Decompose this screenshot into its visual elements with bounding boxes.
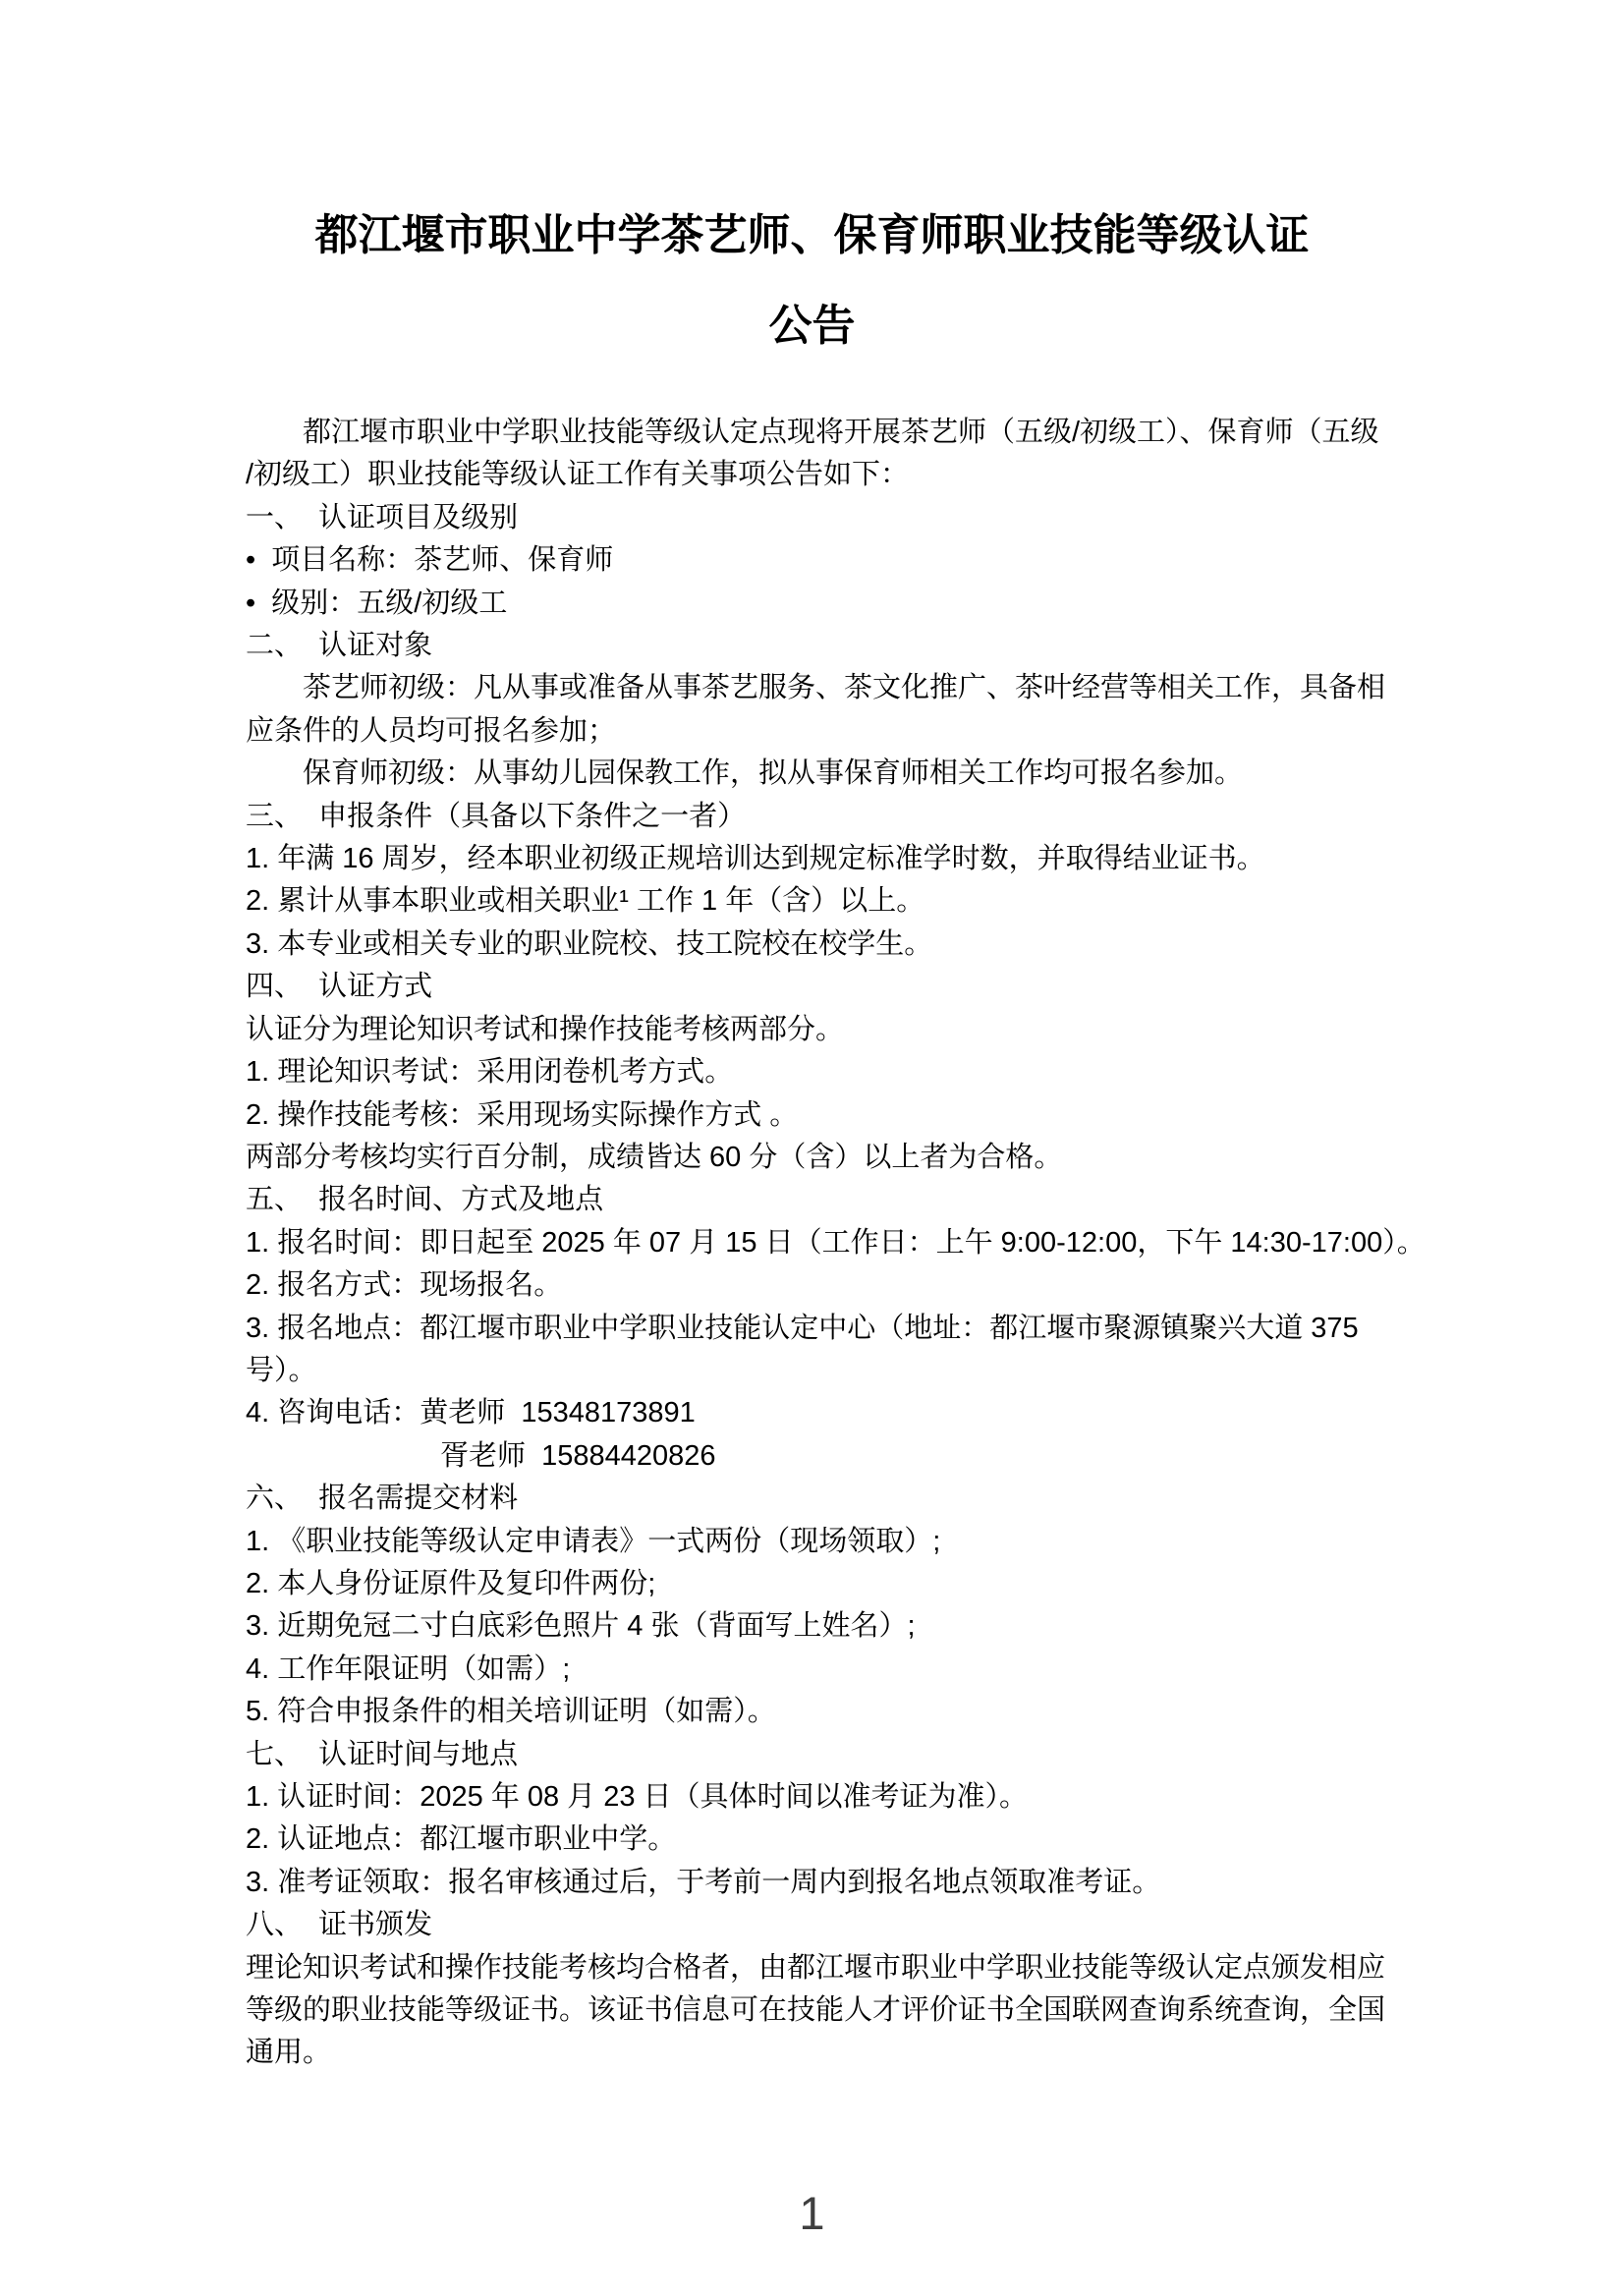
document-body: 都江堰市职业中学职业技能等级认定点现将开展茶艺师（五级/初级工）、保育师（五级/… (246, 412, 1506, 2075)
text-line: 2. 本人身份证原件及复印件两份; (246, 1563, 1506, 1605)
text-line: 通用。 (246, 2032, 1506, 2074)
page-number: 1 (0, 2185, 1624, 2242)
text-line: 号）。 (246, 1350, 1506, 1392)
text-line: 应条件的人员均可报名参加； (246, 710, 1506, 753)
text-line: 2. 认证地点：都江堰市职业中学。 (246, 1819, 1506, 1861)
text-line: 1. 报名时间：即日起至 2025 年 07 月 15 日（工作日：上午 9:0… (246, 1222, 1506, 1264)
document-title: 都江堰市职业中学茶艺师、保育师职业技能等级认证 (0, 208, 1624, 263)
text-line: 2. 操作技能考核：采用现场实际操作方式 。 (246, 1094, 1506, 1137)
text-line: 四、 认证方式 (246, 966, 1506, 1008)
text-line: 都江堰市职业中学职业技能等级认定点现将开展茶艺师（五级/初级工）、保育师（五级 (246, 412, 1506, 454)
text-line: 1. 《职业技能等级认定申请表》一式两份（现场领取）; (246, 1521, 1506, 1563)
text-line: • 级别：五级/初级工 (246, 583, 1506, 625)
text-line: 七、 认证时间与地点 (246, 1734, 1506, 1776)
text-line: 1. 认证时间：2025 年 08 月 23 日（具体时间以准考证为准）。 (246, 1776, 1506, 1819)
text-line: • 项目名称：茶艺师、保育师 (246, 539, 1506, 582)
text-line: 五、 报名时间、方式及地点 (246, 1179, 1506, 1221)
text-line: 二、 认证对象 (246, 625, 1506, 667)
text-line: 2. 累计从事本职业或相关职业¹ 工作 1 年（含）以上。 (246, 880, 1506, 923)
text-line: 两部分考核均实行百分制，成绩皆达 60 分（含）以上者为合格。 (246, 1137, 1506, 1179)
text-line: 认证分为理论知识考试和操作技能考核两部分。 (246, 1009, 1506, 1051)
text-line: 一、 认证项目及级别 (246, 497, 1506, 539)
text-line: 1. 理论知识考试：采用闭卷机考方式。 (246, 1051, 1506, 1093)
text-line: 理论知识考试和操作技能考核均合格者，由都江堰市职业中学职业技能等级认定点颁发相应 (246, 1947, 1506, 1989)
text-line: 1. 年满 16 周岁，经本职业初级正规培训达到规定标准学时数，并取得结业证书。 (246, 838, 1506, 880)
text-line: 八、 证书颁发 (246, 1904, 1506, 1946)
text-line: 2. 报名方式：现场报名。 (246, 1264, 1506, 1307)
document-subtitle: 公告 (0, 299, 1624, 354)
text-line: 胥老师 15884420826 (246, 1435, 1506, 1478)
text-line: 3. 近期免冠二寸白底彩色照片 4 张（背面写上姓名）; (246, 1605, 1506, 1648)
text-line: 三、 申报条件（具备以下条件之一者） (246, 796, 1506, 838)
text-line: 等级的职业技能等级证书。该证书信息可在技能人才评价证书全国联网查询系统查询，全国 (246, 1989, 1506, 2032)
text-line: 3. 报名地点：都江堰市职业中学职业技能认定中心（地址：都江堰市聚源镇聚兴大道 … (246, 1308, 1506, 1350)
text-line: /初级工）职业技能等级认证工作有关事项公告如下： (246, 454, 1506, 496)
text-line: 茶艺师初级：凡从事或准备从事茶艺服务、茶文化推广、茶叶经营等相关工作，具备相 (246, 667, 1506, 709)
text-line: 5. 符合申报条件的相关培训证明（如需）。 (246, 1691, 1506, 1733)
text-line: 3. 准考证领取：报名审核通过后，于考前一周内到报名地点领取准考证。 (246, 1862, 1506, 1904)
text-line: 4. 工作年限证明（如需）; (246, 1649, 1506, 1691)
text-line: 六、 报名需提交材料 (246, 1478, 1506, 1520)
text-line: 4. 咨询电话：黄老师 15348173891 (246, 1392, 1506, 1434)
text-line: 3. 本专业或相关专业的职业院校、技工院校在校学生。 (246, 924, 1506, 966)
document-page: 都江堰市职业中学茶艺师、保育师职业技能等级认证 公告 都江堰市职业中学职业技能等… (0, 0, 1624, 2296)
text-line: 保育师初级：从事幼儿园保教工作，拟从事保育师相关工作均可报名参加。 (246, 753, 1506, 795)
